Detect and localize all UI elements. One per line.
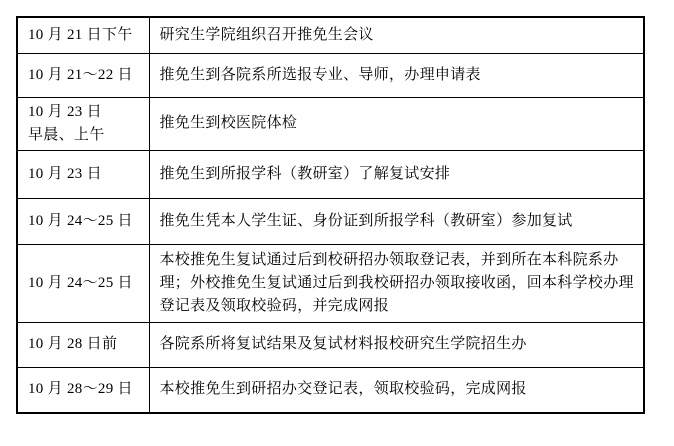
date-cell: 10 月 21～22 日 [17,53,149,97]
table-row: 10 月 28 日前各院系所将复试结果及复试材料报校研究生学院招生办 [17,322,644,367]
event-cell: 各院系所将复试结果及复试材料报校研究生学院招生办 [149,322,644,367]
date-cell: 10 月 24～25 日 [17,244,149,322]
event-cell: 研究生学院组织召开推免生会议 [149,17,644,53]
date-cell: 10 月 24～25 日 [17,198,149,244]
schedule-table-body: 10 月 21 日下午研究生学院组织召开推免生会议10 月 21～22 日推免生… [17,17,644,413]
table-row: 10 月 21～22 日推免生到各院系所选报专业、导师，办理申请表 [17,53,644,97]
event-cell: 推免生到所报学科（教研室）了解复试安排 [149,150,644,198]
table-row: 10 月 24～25 日推免生凭本人学生证、身份证到所报学科（教研室）参加复试 [17,198,644,244]
table-row: 10 月 24～25 日本校推免生复试通过后到校研招办领取登记表，并到所在本科院… [17,244,644,322]
date-cell: 10 月 23 日 [17,150,149,198]
date-cell: 10 月 28 日前 [17,322,149,367]
schedule-table: 10 月 21 日下午研究生学院组织召开推免生会议10 月 21～22 日推免生… [16,16,645,414]
table-row: 10 月 28～29 日本校推免生到研招办交登记表，领取校验码，完成网报 [17,367,644,413]
table-row: 10 月 23 日推免生到所报学科（教研室）了解复试安排 [17,150,644,198]
date-cell: 10 月 23 日 早晨、上午 [17,97,149,150]
table-row: 10 月 21 日下午研究生学院组织召开推免生会议 [17,17,644,53]
event-cell: 本校推免生到研招办交登记表，领取校验码，完成网报 [149,367,644,413]
date-cell: 10 月 28～29 日 [17,367,149,413]
date-cell: 10 月 21 日下午 [17,17,149,53]
event-cell: 推免生到校医院体检 [149,97,644,150]
document-page: 10 月 21 日下午研究生学院组织召开推免生会议10 月 21～22 日推免生… [0,0,674,446]
event-cell: 推免生到各院系所选报专业、导师，办理申请表 [149,53,644,97]
event-cell: 推免生凭本人学生证、身份证到所报学科（教研室）参加复试 [149,198,644,244]
event-cell: 本校推免生复试通过后到校研招办领取登记表，并到所在本科院系办理；外校推免生复试通… [149,244,644,322]
table-row: 10 月 23 日 早晨、上午推免生到校医院体检 [17,97,644,150]
